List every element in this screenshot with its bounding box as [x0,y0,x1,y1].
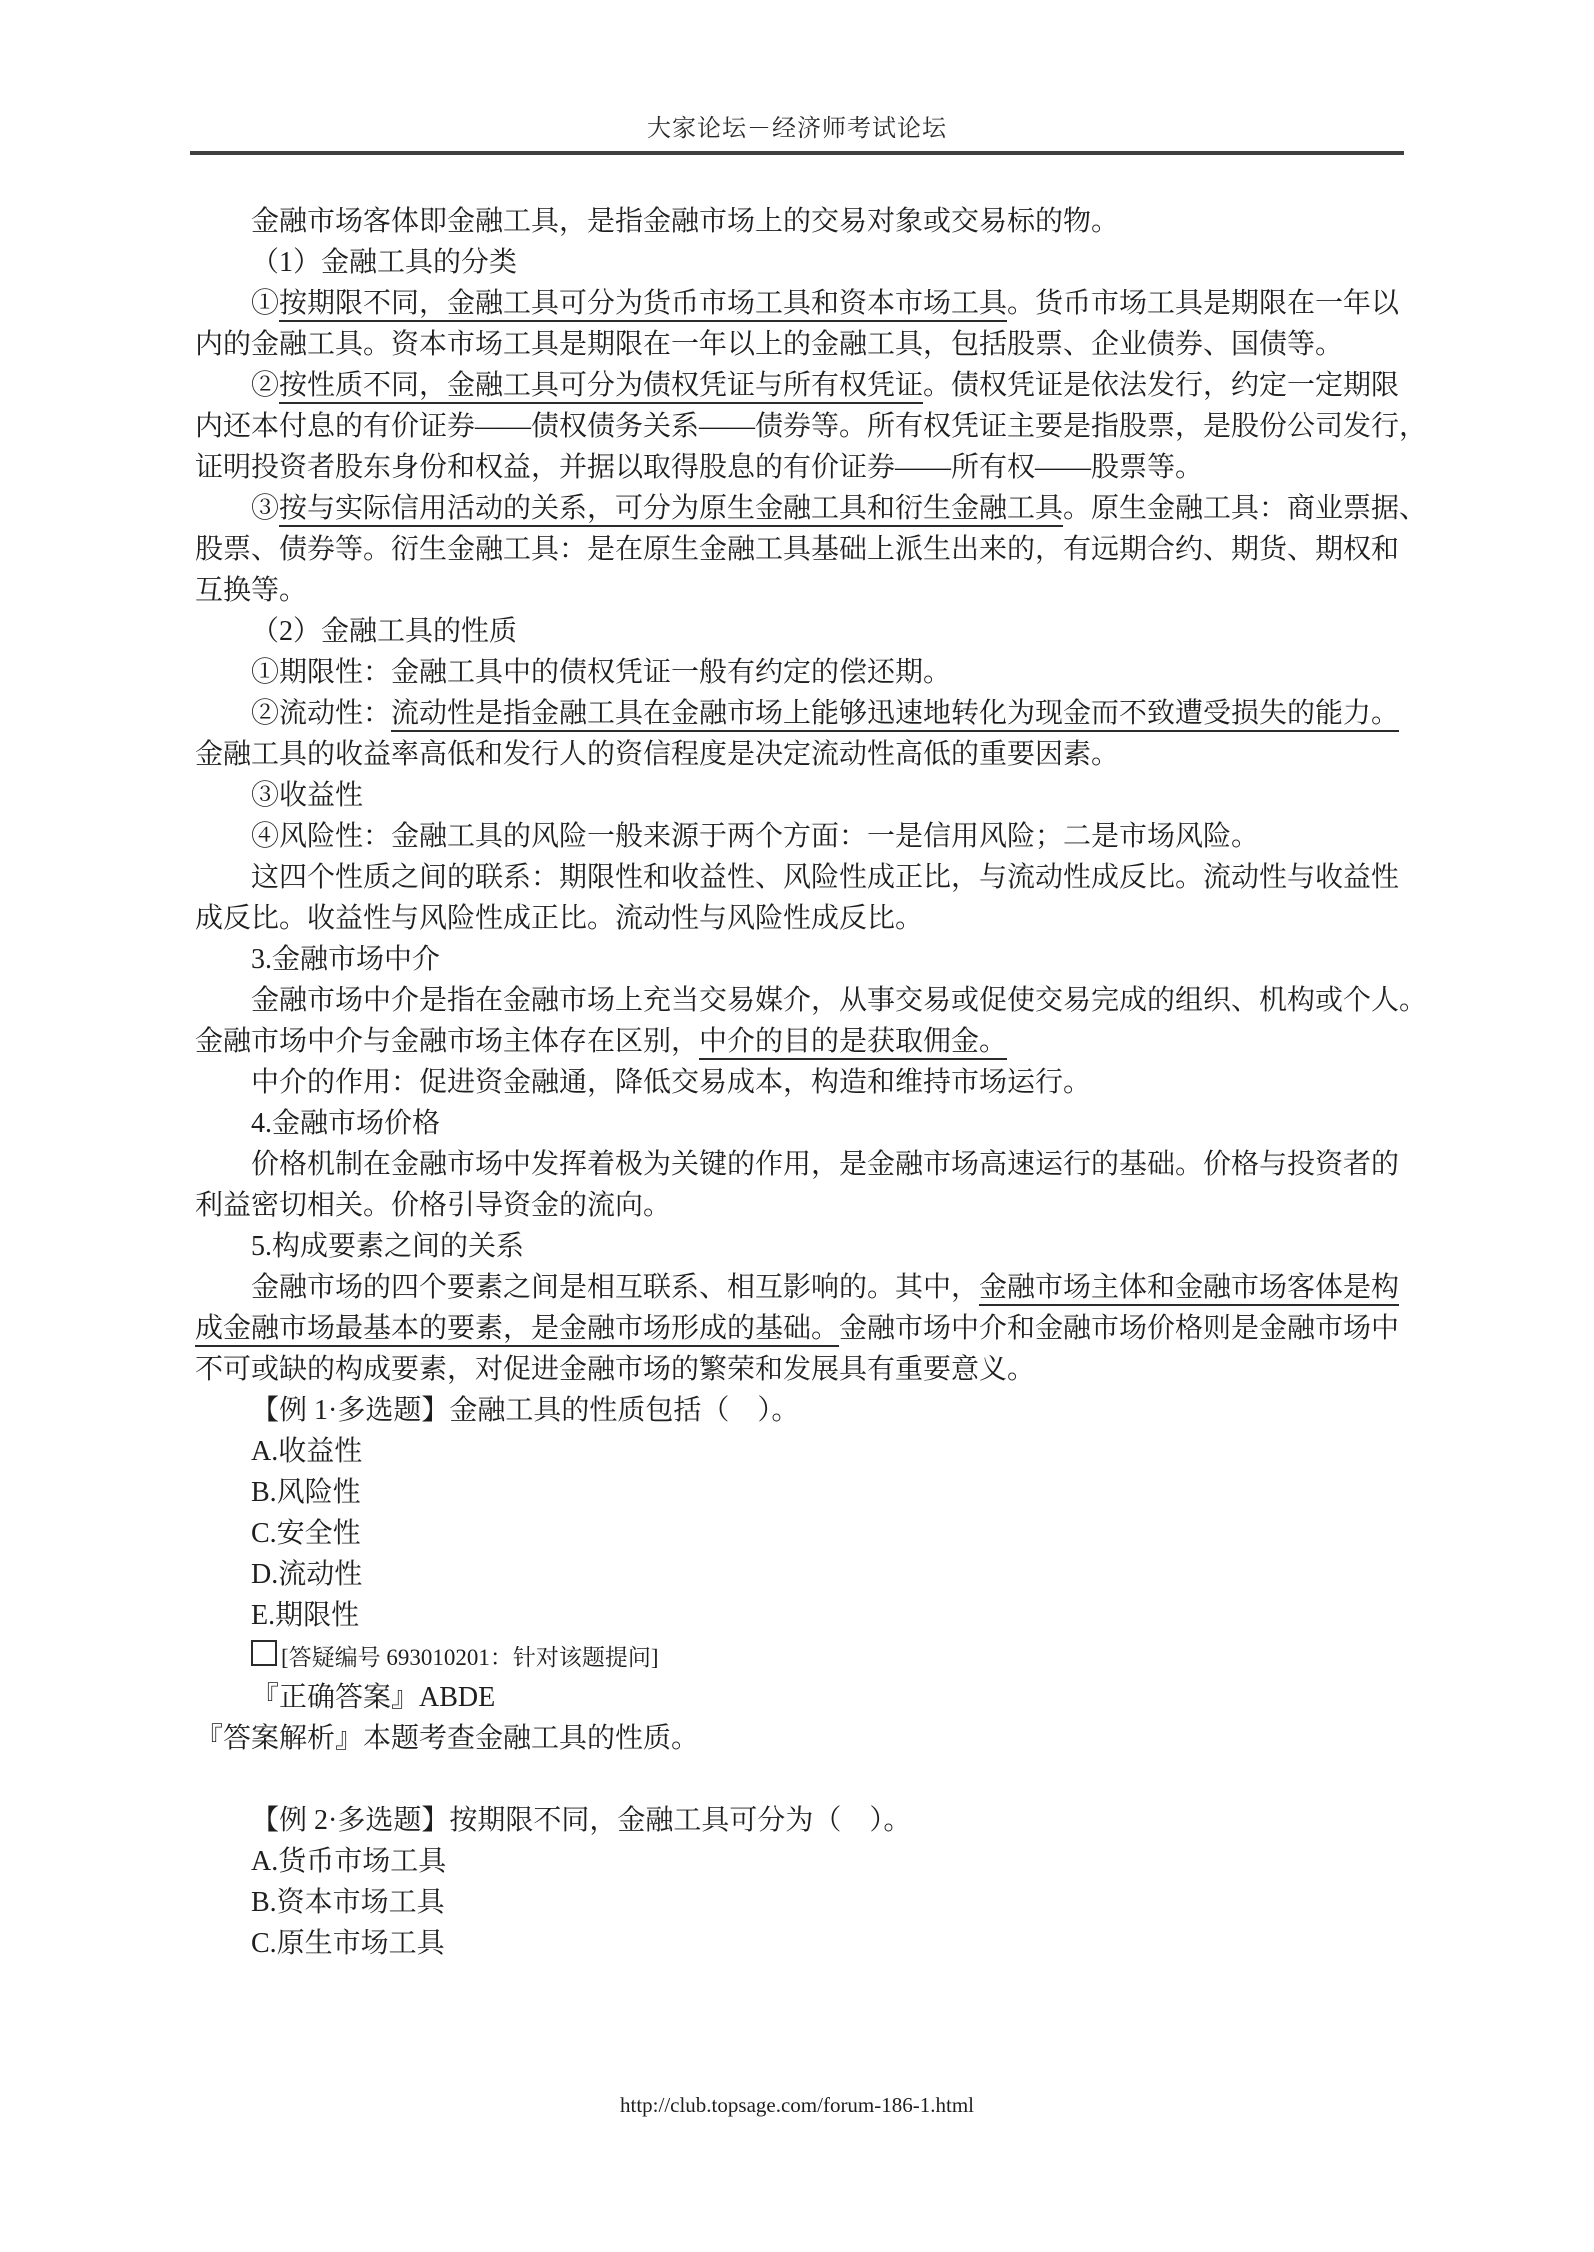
text-segment: 5.构成要素之间的关系 [251,1231,524,1262]
text-segment: 4.金融市场价格 [251,1108,440,1139]
text-line: A.收益性 [195,1431,1485,1472]
text-segment: 按性质不同，金融工具可分为债权凭证与所有权凭证 [279,370,923,404]
footer-url: http://club.topsage.com/forum-186-1.html [0,2090,1594,2120]
text-line: 金融市场中介与金融市场主体存在区别，中介的目的是获取佣金。 [195,1021,1485,1062]
text-line: 利益密切相关。价格引导资金的流向。 [195,1185,1485,1226]
text-line: A.货币市场工具 [195,1841,1485,1882]
text-segment: ② [251,370,279,401]
text-segment: ③收益性 [251,780,363,811]
text-segment: 【例 1·多选题】金融工具的性质包括（ ）。 [251,1395,799,1426]
text-segment: 金融市场中介与金融市场主体存在区别， [195,1026,699,1057]
text-line: 互换等。 [195,570,1485,611]
text-segment: 股票、债券等。衍生金融工具：是在原生金融工具基础上派生出来的，有远期合约、期货、… [195,534,1399,565]
text-line: 【例 1·多选题】金融工具的性质包括（ ）。 [195,1390,1485,1431]
text-line: （2）金融工具的性质 [195,611,1485,652]
text-line: 4.金融市场价格 [195,1103,1485,1144]
text-segment: ③ [251,493,279,524]
text-segment: E.期限性 [251,1600,359,1631]
text-line: ②按性质不同，金融工具可分为债权凭证与所有权凭证。债权凭证是依法发行，约定一定期… [195,365,1485,406]
text-segment: [答疑编号 693010201：针对该题提问] [281,1645,659,1670]
text-line: C.原生市场工具 [195,1923,1485,1964]
text-segment: 证明投资者股东身份和权益，并据以取得股息的有价证券——所有权——股票等。 [195,452,1203,483]
text-segment: 金融市场中介是指在金融市场上充当交易媒介，从事交易或促使交易完成的组织、机构或个… [251,985,1427,1016]
text-line: 金融市场的四个要素之间是相互联系、相互影响的。其中，金融市场主体和金融市场客体是… [195,1267,1485,1308]
text-segment: （1）金融工具的分类 [251,247,517,278]
text-line: ④风险性：金融工具的风险一般来源于两个方面：一是信用风险；二是市场风险。 [195,816,1485,857]
text-segment: 内还本付息的有价证券——债权债务关系——债券等。所有权凭证主要是指股票，是股份公… [195,411,1427,442]
text-line: 成反比。收益性与风险性成正比。流动性与风险性成反比。 [195,898,1485,939]
text-line: 中介的作用：促进资金融通，降低交易成本，构造和维持市场运行。 [195,1062,1485,1103]
text-segment: 。原生金融工具：商业票据、 [1063,493,1427,524]
text-segment: 这四个性质之间的联系：期限性和收益性、风险性成正比，与流动性成反比。流动性与收益… [251,862,1399,893]
text-segment: 成金融市场最基本的要素，是金融市场形成的基础。 [195,1313,839,1347]
header-rule [190,151,1404,155]
text-segment: 按期限不同，金融工具可分为货币市场工具和资本市场工具 [279,288,1007,322]
text-segment: 价格机制在金融市场中发挥着极为关键的作用，是金融市场高速运行的基础。价格与投资者… [251,1149,1399,1180]
text-segment: C.原生市场工具 [251,1928,445,1959]
text-line: （1）金融工具的分类 [195,242,1485,283]
text-segment: B.风险性 [251,1477,361,1508]
text-segment: 金融市场主体和金融市场客体是构 [979,1272,1399,1306]
text-segment: 不可或缺的构成要素，对促进金融市场的繁荣和发展具有重要意义。 [195,1354,1035,1385]
text-segment: 中介的目的是获取佣金。 [699,1026,1007,1060]
text-segment: C.安全性 [251,1518,361,1549]
text-line: 股票、债券等。衍生金融工具：是在原生金融工具基础上派生出来的，有远期合约、期货、… [195,529,1485,570]
text-line: C.安全性 [195,1513,1485,1554]
text-segment: ②流动性： [251,698,391,729]
text-line: 金融市场中介是指在金融市场上充当交易媒介，从事交易或促使交易完成的组织、机构或个… [195,980,1485,1021]
text-segment: 『正确答案』ABDE [251,1682,495,1713]
text-segment: A.货币市场工具 [251,1846,446,1877]
text-segment: 内的金融工具。资本市场工具是期限在一年以上的金融工具，包括股票、企业债券、国债等… [195,329,1343,360]
text-segment: 互换等。 [195,575,307,606]
text-segment: 。货币市场工具是期限在一年以 [1007,288,1399,319]
text-segment: ① [251,288,279,319]
text-line: 不可或缺的构成要素，对促进金融市场的繁荣和发展具有重要意义。 [195,1349,1485,1390]
text-line: ①按期限不同，金融工具可分为货币市场工具和资本市场工具。货币市场工具是期限在一年… [195,283,1485,324]
text-line: 3.金融市场中介 [195,939,1485,980]
text-segment: 『答案解析』本题考查金融工具的性质。 [195,1723,699,1754]
text-line: [答疑编号 693010201：针对该题提问] [195,1636,1485,1677]
text-segment: 金融市场客体即金融工具，是指金融市场上的交易对象或交易标的物。 [251,206,1119,237]
text-segment: 。债权凭证是依法发行，约定一定期限 [923,370,1399,401]
text-segment: 按与实际信用活动的关系，可分为原生金融工具和衍生金融工具 [279,493,1063,527]
text-segment: 金融市场中介和金融市场价格则是金融市场中 [839,1313,1399,1344]
document-page: 大家论坛－经济师考试论坛 金融市场客体即金融工具，是指金融市场上的交易对象或交易… [0,0,1594,2252]
checkbox-icon [251,1640,277,1666]
text-line: 内还本付息的有价证券——债权债务关系——债券等。所有权凭证主要是指股票，是股份公… [195,406,1485,447]
text-segment: B.资本市场工具 [251,1887,445,1918]
text-line: 金融市场客体即金融工具，是指金融市场上的交易对象或交易标的物。 [195,201,1485,242]
text-segment: 中介的作用：促进资金融通，降低交易成本，构造和维持市场运行。 [251,1067,1091,1098]
text-line: ③收益性 [195,775,1485,816]
text-line: ②流动性：流动性是指金融工具在金融市场上能够迅速地转化为现金而不致遭受损失的能力… [195,693,1485,734]
text-line: 金融工具的收益率高低和发行人的资信程度是决定流动性高低的重要因素。 [195,734,1485,775]
text-segment: ①期限性：金融工具中的债权凭证一般有约定的偿还期。 [251,657,951,688]
text-line: 价格机制在金融市场中发挥着极为关键的作用，是金融市场高速运行的基础。价格与投资者… [195,1144,1485,1185]
text-line: D.流动性 [195,1554,1485,1595]
text-segment: （2）金融工具的性质 [251,616,517,647]
text-line: 5.构成要素之间的关系 [195,1226,1485,1267]
text-line: 『正确答案』ABDE [195,1677,1485,1718]
text-line: 『答案解析』本题考查金融工具的性质。 [195,1718,1485,1759]
text-line: 证明投资者股东身份和权益，并据以取得股息的有价证券——所有权——股票等。 [195,447,1485,488]
text-line: ③按与实际信用活动的关系，可分为原生金融工具和衍生金融工具。原生金融工具：商业票… [195,488,1485,529]
text-line: 【例 2·多选题】按期限不同，金融工具可分为（ ）。 [195,1800,1485,1841]
text-line: B.风险性 [195,1472,1485,1513]
text-line: 成金融市场最基本的要素，是金融市场形成的基础。金融市场中介和金融市场价格则是金融… [195,1308,1485,1349]
text-segment: 【例 2·多选题】按期限不同，金融工具可分为（ ）。 [251,1805,911,1836]
text-line: B.资本市场工具 [195,1882,1485,1923]
text-segment: 金融市场的四个要素之间是相互联系、相互影响的。其中， [251,1272,979,1303]
text-line: E.期限性 [195,1595,1485,1636]
text-segment: A.收益性 [251,1436,362,1467]
text-line: 内的金融工具。资本市场工具是期限在一年以上的金融工具，包括股票、企业债券、国债等… [195,324,1485,365]
text-segment: ④风险性：金融工具的风险一般来源于两个方面：一是信用风险；二是市场风险。 [251,821,1259,852]
text-segment: 利益密切相关。价格引导资金的流向。 [195,1190,671,1221]
text-segment: D.流动性 [251,1559,362,1590]
text-segment: 金融工具的收益率高低和发行人的资信程度是决定流动性高低的重要因素。 [195,739,1119,770]
text-segment: 流动性是指金融工具在金融市场上能够迅速地转化为现金而不致遭受损失的能力。 [391,698,1399,732]
document-body: 金融市场客体即金融工具，是指金融市场上的交易对象或交易标的物。（1）金融工具的分… [195,201,1485,1964]
text-segment: 成反比。收益性与风险性成正比。流动性与风险性成反比。 [195,903,923,934]
header-title: 大家论坛－经济师考试论坛 [0,112,1594,146]
blank-line [195,1759,1485,1800]
text-line: 这四个性质之间的联系：期限性和收益性、风险性成正比，与流动性成反比。流动性与收益… [195,857,1485,898]
text-line: ①期限性：金融工具中的债权凭证一般有约定的偿还期。 [195,652,1485,693]
text-segment: 3.金融市场中介 [251,944,440,975]
